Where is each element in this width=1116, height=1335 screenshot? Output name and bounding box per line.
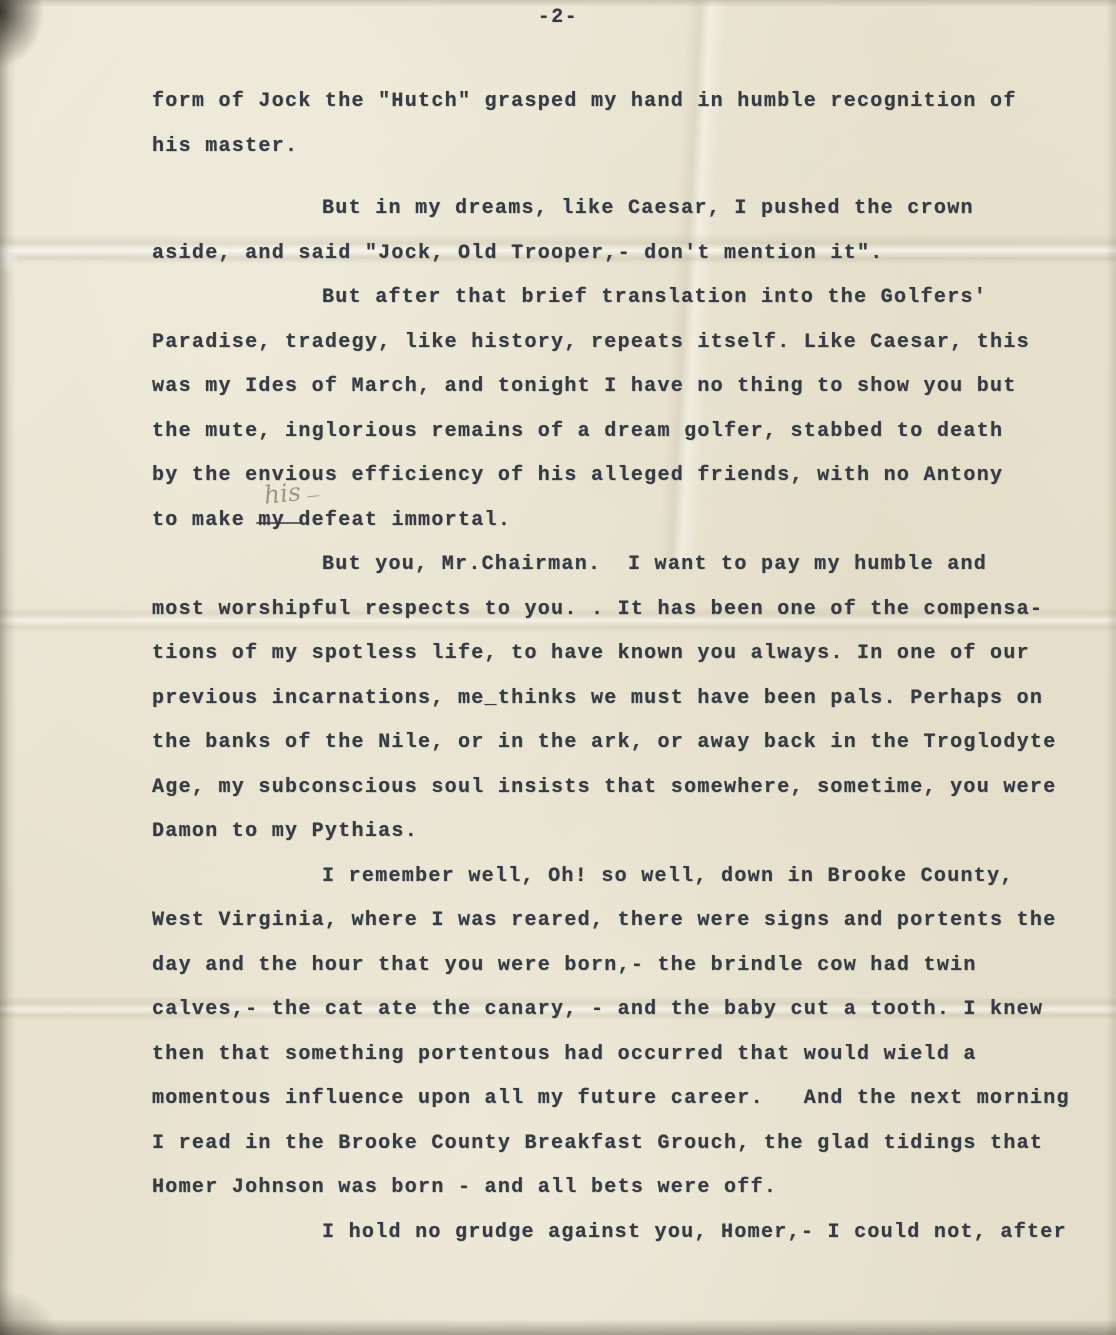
letter-line: But after that brief translation into th… [152,276,1082,321]
letter-line: his master. [152,125,1082,170]
letter-line: But you, Mr.Chairman. I want to pay my h… [152,543,1082,588]
page-edge-shadow-bottom [0,1319,1116,1335]
scanned-letter-page: -2- form of Jock the "Hutch" grasped my … [0,0,1116,1335]
page-edge-shadow-left [0,0,16,1335]
letter-body: form of Jock the "Hutch" grasped my hand… [152,80,1082,1255]
letter-line: was my Ides of March, and tonight I have… [152,365,1082,410]
letter-line: the banks of the Nile, or in the ark, or… [152,721,1082,766]
paragraph: But in my dreams, like Caesar, I pushed … [152,187,1082,276]
letter-line: West Virginia, where I was reared, there… [152,899,1082,944]
handwritten-insertion: his [262,470,303,518]
letter-line: form of Jock the "Hutch" grasped my hand… [152,80,1082,125]
paragraph: I remember well, Oh! so well, down in Br… [152,855,1082,1211]
paper-edge-highlight [0,240,18,274]
letter-line: I read in the Brooke County Breakfast Gr… [152,1122,1082,1167]
letter-line: aside, and said "Jock, Old Trooper,- don… [152,232,1082,277]
letter-line: I remember well, Oh! so well, down in Br… [152,855,1082,900]
paragraph: I hold no grudge against you, Homer,- I … [152,1211,1082,1256]
letter-line: tions of my spotless life, to have known… [152,632,1082,677]
letter-line: I hold no grudge against you, Homer,- I … [152,1211,1082,1256]
letter-line: the mute, inglorious remains of a dream … [152,410,1082,455]
letter-line: Paradise, tradegy, like history, repeats… [152,321,1082,366]
letter-line: day and the hour that you were born,- th… [152,944,1082,989]
letter-line: Age, my subconscious soul insists that s… [152,766,1082,811]
page-edge-shadow-right [1106,0,1116,1335]
paragraph: form of Jock the "Hutch" grasped my hand… [152,80,1082,169]
letter-line: to make myhis defeat immortal. [152,499,1082,544]
letter-line: But in my dreams, like Caesar, I pushed … [152,187,1082,232]
letter-line: momentous influence upon all my future c… [152,1077,1082,1122]
inline-edit: myhis [258,499,285,544]
paragraph: But you, Mr.Chairman. I want to pay my h… [152,543,1082,855]
corner-shadow-bottom-left [0,1289,60,1335]
letter-line: Damon to my Pythias. [152,810,1082,855]
letter-line: then that something portentous had occur… [152,1033,1082,1078]
paragraph: But after that brief translation into th… [152,276,1082,543]
letter-line: calves,- the cat ate the canary, - and t… [152,988,1082,1033]
letter-line: Homer Johnson was born - and all bets we… [152,1166,1082,1211]
letter-line: most worshipful respects to you. . It ha… [152,588,1082,633]
page-number: -2- [0,6,1116,29]
letter-line: previous incarnations, me_thinks we must… [152,677,1082,722]
